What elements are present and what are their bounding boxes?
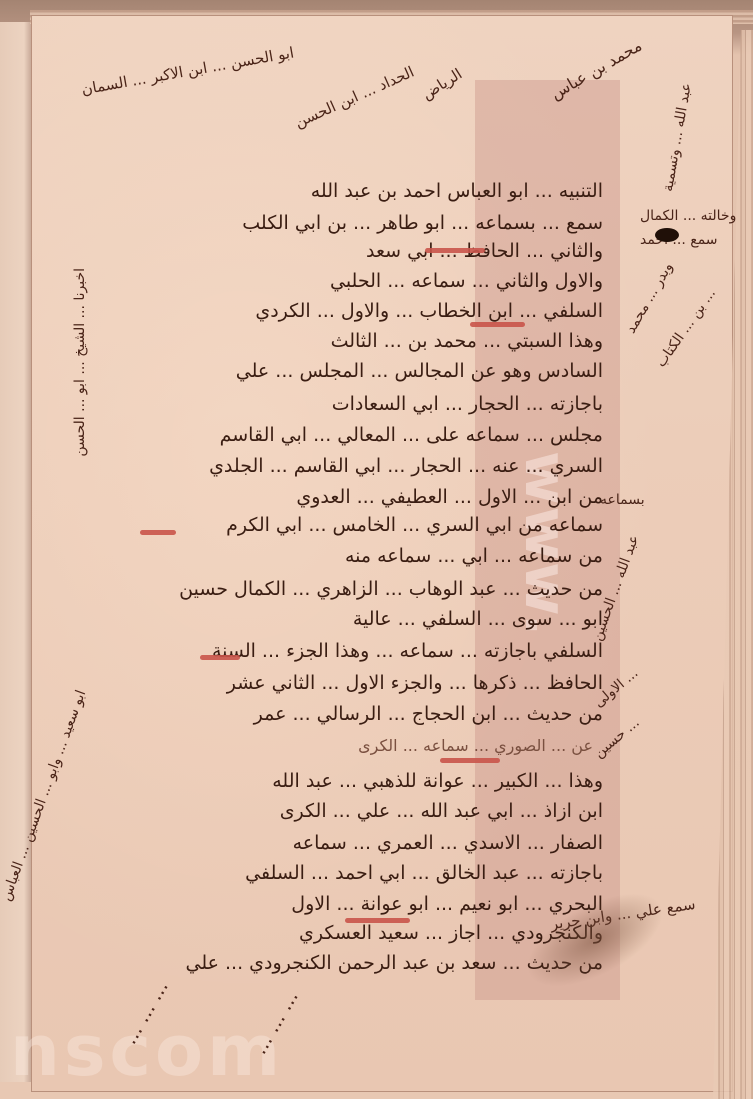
text-line: السري ... عنه ... الحجار ... ابي القاسم … [209,455,603,477]
rubric-mark [425,248,485,253]
text-line: ابن ازاذ ... ابي عبد الله ... علي ... ال… [280,800,603,822]
rubric-mark [470,322,525,327]
text-line: وهذا السبتي ... محمد بن ... الثالث [331,330,603,352]
text-line: السلفي باجازته ... سماعه ... وهذا الجزء … [212,640,603,662]
rubric-mark [200,655,240,660]
ink-blot [655,228,679,242]
text-line: من ابن ... الاول ... العطيفي ... العدوي [296,486,603,508]
text-line: سماعه من ابي السري ... الخامس ... ابي ال… [226,514,603,536]
text-line: والاول والثاني ... سماعه ... الحلبي [330,270,603,292]
text-line: مجلس ... سماعه على ... المعالي ... ابي ا… [220,424,603,446]
text-line: باجازته ... عبد الخالق ... ابي احمد ... … [245,862,603,884]
margin-note-right: وخالته ... الكمال [640,208,736,224]
text-line: الصفار ... الاسدي ... العمري ... سماعه [293,832,603,854]
text-line: سمع ... بسماعه ... ابو طاهر ... بن ابي ا… [242,212,603,234]
text-line: ابو ... سوى ... السلفي ... عالية [353,608,603,630]
text-line: من حديث ... ابن الحجاج ... الرسالي ... ع… [254,703,603,725]
margin-note-right-lower: بسماعه [600,492,645,508]
text-line: من سماعه ... ابي ... سماعه منه [345,545,603,567]
rubric-mark [140,530,176,535]
rubric-mark [440,758,500,763]
text-line: التنبيه ... ابو العباس احمد بن عبد الله [311,180,603,202]
text-line: السلفي ... ابن الخطاب ... والاول ... الك… [255,300,603,322]
text-line: السادس وهو عن المجالس ... المجلس ... علي [236,360,603,382]
text-line: من حديث ... عبد الوهاب ... الزاهري ... ا… [179,578,603,600]
text-line: باجازته ... الحجار ... ابي السعادات [332,393,603,415]
rubric-mark [345,918,410,923]
text-line: الحافظ ... ذكرها ... والجزء الاول ... ال… [227,672,603,694]
text-line: عن ... الصوري ... سماعه ... الكرى [358,736,593,755]
text-line: البحري ... ابو نعيم ... ابو عوانة ... ال… [291,893,603,915]
text-line: وهذا ... الكبير ... عوانة للذهبي ... عبد… [272,770,603,792]
